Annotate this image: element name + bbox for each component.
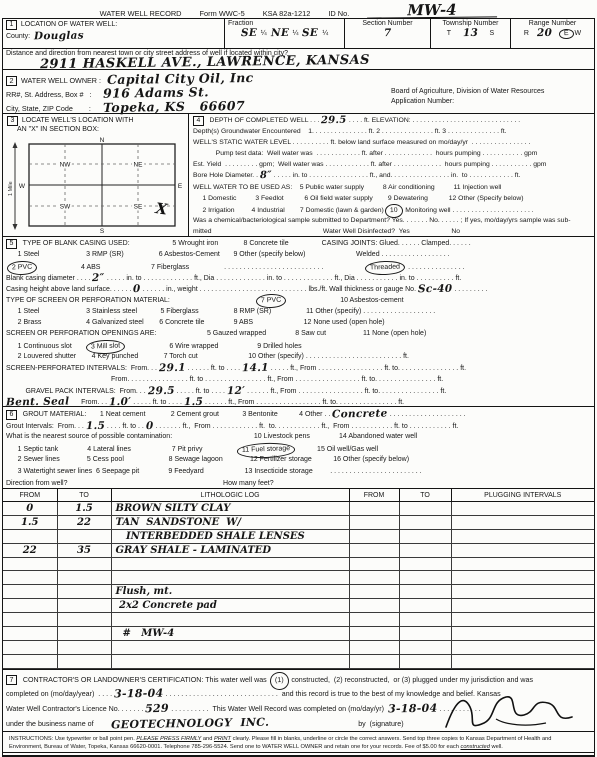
form-line: Environment, Bureau of Water, Topeka, Ka… [9,743,588,751]
table-row: 1.522TAN SANDSTONE W/ [3,515,594,529]
printed-text: . . . . . in. to . . . . . . . . . . . .… [105,275,461,282]
printed-text: . . . . ft. to . . [105,423,146,430]
form-line: Grout Intervals: From. . . 1.5 . . . . f… [6,420,594,432]
handwritten-entry: Sc-40 [418,284,453,295]
form-line: From. . . . . . . . . . . . . . . . ft. … [6,374,594,385]
form-line: 5 TYPE OF BLANK CASING USED: 5 Wrought i… [6,238,594,249]
printed-text: clearly. Please fill in blanks, underlin… [231,736,551,742]
handwritten-entry: 1.5 [86,420,105,431]
cell [451,599,594,613]
section-1-location: 1 LOCATION OF WATER WELL: County: Dougla… [3,19,594,49]
section-2-owner: 2 WATER WELL OWNER : Capital City Oil, I… [3,70,594,114]
section-number-box: 4 [193,116,204,126]
printed-text: . . . . . . in., weight . . . . . . . . … [141,286,418,293]
cell [57,599,111,613]
distance-row: Distance and direction from nearest town… [3,49,594,70]
cell [399,529,451,543]
printed-text: 1 Domestic 3 Feedlot 6 Oil field water s… [193,195,524,202]
sw-label: SW [60,204,71,211]
city-label: City, State, ZIP Code : [6,104,103,113]
cell: 2x2 Concrete pad [111,599,349,613]
cell [451,515,594,529]
handwritten-entry: GEOTECHNOLOGY INC. [111,717,269,731]
form-line: 1 Steel 3 Stainless steel 5 Fiberglass 8… [6,306,594,317]
printed-text: . . . . . . . . . [452,286,487,293]
cell: TAN SANDSTONE W/ [111,515,349,529]
printed-text: 15 Oil well/Gas well [296,446,378,453]
east-label: E [178,183,183,190]
handwritten-entry: 3-18-04 [114,688,164,700]
printed-text: From. . . [69,399,109,406]
handwritten-entry: 14.1 [242,363,269,374]
printed-text: What is the nearest source of possible c… [6,433,417,440]
form-line: What is the nearest source of possible c… [6,431,594,443]
cell [3,571,57,585]
printed-text: SCREEN OR PERFORATION OPENINGS ARE: 5 Ga… [6,330,426,337]
cell: INTERBEDDED SHALE LENSES [111,529,349,543]
se-label: SE [134,204,143,211]
one-mile-label: 1 Mile [8,181,14,196]
township-cell: Township Number T 13 S [431,19,511,48]
cell: GRAY SHALE - LAMINATED [111,543,349,557]
cell [111,640,349,654]
cell [57,529,111,543]
statute-ref: KSA 82a-1212 [263,9,311,18]
section-5-casing: 5 TYPE OF BLANK CASING USED: 5 Wrought i… [3,237,594,407]
cell [57,654,111,668]
cell [57,585,111,599]
cell [3,654,57,668]
cell [111,571,349,585]
printed-text: WATER WELL OWNER : [19,76,107,85]
handwritten-entry: 29.1 [159,363,186,374]
table-row: 2235GRAY SHALE - LAMINATED [3,543,594,557]
underlined-text: PRINT [214,736,231,742]
cell: Flush, mt. [111,585,349,599]
application-number-label: Application Number: [391,97,544,107]
printed-text: 4 ABS 7 Fiberglass . . . . . . . . . . .… [38,264,364,271]
cell [349,529,399,543]
cell [399,613,451,627]
cell [3,640,57,654]
cell [451,557,594,571]
form-line: Bent. Seal From. . . 1.0′ . . . . . ft. … [6,396,594,407]
printed-text: completed on (mo/day/year) . . . . [6,690,114,698]
cell [349,640,399,654]
form-line: WELL WATER TO BE USED AS: 5 Public water… [193,182,594,193]
printed-text: 3 Watertight sewer lines 6 Seepage pit 9… [6,468,422,475]
cell [111,654,349,668]
cell [111,557,349,571]
section-3-title-line1: 3 LOCATE WELL'S LOCATION WITH [7,116,186,125]
section-number-box: 7 [6,675,17,685]
printed-text: LOCATION OF WATER WELL: [19,21,117,28]
form-line: GRAVEL PACK INTERVALS: From. . . 29.5 . … [6,385,594,396]
form-line: 6 GROUT MATERIAL: 1 Neat cement 2 Cement… [6,408,594,420]
printed-text: ¼ [289,30,303,37]
form-line: 2 Sewer lines 5 Cess pool 8 Sewage lagoo… [6,454,594,466]
form-line: Blank casing diameter . . . . 2″ . . . .… [6,272,594,283]
cell [57,613,111,627]
printed-text: . . . . . . . . . . . . . . . . . . . . [388,411,466,418]
cell: 1.5 [3,515,57,529]
fraction-cell: Fraction SE ¼ NE ¼ SE ¼ [225,19,345,48]
range-value: R 20 EW [514,27,591,39]
county-cell: 1 LOCATION OF WATER WELL: County: Dougla… [3,19,225,48]
cell [3,627,57,641]
column-header: FROM [349,489,399,502]
ne-label: NE [133,162,143,169]
handwritten-entry: SE [241,28,257,39]
pen-circled-option: (1) [269,672,288,691]
section-number-box: 1 [6,20,17,30]
cell [399,557,451,571]
address-label: RR#, St. Address, Box # : [6,90,103,99]
printed-text: WELL WATER TO BE USED AS: 5 Public water… [193,184,501,191]
form-title-row: WATER WELL RECORD Form WWC-5 KSA 82a-121… [0,0,597,19]
table-row: 01.5BROWN SILTY CLAY [3,502,594,516]
well-id-handwritten: MW-4 [367,2,497,18]
printed-text: GRAVEL PACK INTERVALS: From. . . [6,388,148,395]
printed-text: TYPE OF SCREEN OR PERFORATION MATERIAL: [6,297,255,304]
cell: 0 [3,502,57,516]
printed-text: 2 Louvered shutter 4 Key punched 7 Torch… [6,353,409,360]
printed-text: S [478,30,494,37]
printed-text: Monitoring well . . . . . . . . . . . . … [403,207,533,214]
section-3-title-line2: AN "X" IN SECTION BOX: [7,125,186,134]
cell [3,557,57,571]
section-3-4-row: 3 LOCATE WELL'S LOCATION WITH AN "X" IN … [3,114,594,237]
table-row [3,557,594,571]
handwritten-entry: 29.5 [148,386,175,397]
cell [349,627,399,641]
form-line: INSTRUCTIONS: Use typewriter or ball poi… [9,735,588,743]
cell: BROWN SILTY CLAY [111,502,349,516]
printed-text: and [201,736,214,742]
section-number-box: 6 [6,410,17,420]
cell [349,515,399,529]
cell: 1.5 [57,502,111,516]
owner-row: 2 WATER WELL OWNER : Capital City Oil, I… [6,71,591,85]
printed-text: ¼ [319,30,329,37]
cell [451,640,594,654]
lithologic-log-table: FROMTOLITHOLOGIC LOGFROMTOPLUGGING INTER… [3,489,594,669]
printed-text: under the business name of [6,720,111,728]
cell [111,613,349,627]
printed-text: 2 Brass 4 Galvanized steel 6 Concrete ti… [6,319,385,326]
cell [57,627,111,641]
form-line: Bore Hole Diameter. . 8″ . . . . . in. t… [193,170,594,181]
printed-text: . . . . . ft. to . . . . [131,399,184,406]
south-label: S [100,228,105,234]
form-line: 2 PVC 4 ABS 7 Fiberglass . . . . . . . .… [6,261,594,272]
printed-text: CONTRACTOR'S OR LANDOWNER'S CERTIFICATIO… [19,676,269,684]
printed-text: 2 Irrigation 4 Industrial 7 Domestic (la… [193,207,384,214]
printed-text: R [524,30,537,37]
handwritten-entry: 3-18-04 [388,703,438,715]
handwritten-entry: 12′ [227,386,245,397]
underlined-text: PLEASE PRESS FIRMLY [136,736,201,742]
printed-text: Water Well Contractor's Licence No. . . … [6,705,145,713]
pen-circled-option: E [559,29,574,40]
handwritten-entry: Douglas [34,31,84,42]
cell [349,571,399,585]
printed-text: by (signature) [270,720,404,728]
printed-text: WELL'S STATIC WATER LEVEL . . . . . . . … [193,139,530,146]
township-value: T 13 S [434,27,507,38]
printed-text: . . . . . . . . . . This Water Well Reco… [169,705,388,713]
form-line: TYPE OF SCREEN OR PERFORATION MATERIAL: … [6,294,594,305]
printed-text: . . . . ft. ELEVATION: . . . . . . . . .… [347,117,520,124]
printed-text: . . . . . ft., From . . . . . . . . . . … [269,365,466,372]
cell [399,640,451,654]
range-cell: Range Number R 20 EW [511,19,594,48]
cell [349,613,399,627]
printed-text: Pump test data: Well water was . . . . .… [193,150,537,157]
form-line: SCREEN OR PERFORATION OPENINGS ARE: 5 Ga… [6,328,594,339]
cell [451,502,594,516]
cell [451,654,594,668]
form-line: 2 Irrigation 4 Industrial 7 Domestic (la… [193,204,594,215]
printed-text: SCREEN-PERFORATED INTERVALS: From. . . [6,365,159,372]
form-line: Direction from well? How many feet? [6,478,594,490]
form-body: 1 LOCATION OF WATER WELL: County: Dougla… [2,18,595,757]
column-header: LITHOLOGIC LOG [111,489,349,502]
section-number-label: Section Number [348,20,427,27]
printed-text: W [574,30,581,37]
cell [349,599,399,613]
cell [399,627,451,641]
printed-text: 1 Steel 3 RMP (SR) 6 Asbestos-Cement 9 O… [6,251,450,258]
city-value-handwritten: Topeka, KS 66607 [103,98,245,115]
cell [399,585,451,599]
printed-text: constructed, (2) reconstructed, or (3) p… [289,676,533,684]
cell [57,571,111,585]
printed-text: Bore Hole Diameter. . [193,172,260,179]
table-row: 2x2 Concrete pad [3,599,594,613]
printed-text: 10 Asbestos-cement [288,297,404,304]
section-number-box: 5 [6,239,17,249]
underlined-text: constructed [460,744,489,750]
printed-text: Was a chemical/bacteriological sample su… [193,217,571,224]
printed-text: 1 Steel 3 Stainless steel 5 Fiberglass 8… [6,308,435,315]
form-line: mitted Water Well Disinfected? Yes No [193,226,594,237]
lithologic-log-table-wrap: FROMTOLITHOLOGIC LOGFROMTOPLUGGING INTER… [3,489,594,670]
cell [349,557,399,571]
cell [57,557,111,571]
table-row: INTERBEDDED SHALE LENSES [3,529,594,543]
printed-text: T [447,30,463,37]
printed-text: 1 Septic tank 4 Lateral lines 7 Pit priv… [6,446,236,453]
cell [349,585,399,599]
printed-text: TYPE OF BLANK CASING USED: 5 Wrought iro… [19,240,471,247]
form-line: SCREEN-PERFORATED INTERVALS: From. . . 2… [6,362,594,373]
cell [399,502,451,516]
water-well-record-form: WATER WELL RECORD Form WWC-5 KSA 82a-121… [0,0,597,757]
handwritten-entry: NE [270,28,288,39]
printed-text: ¼ [257,30,271,37]
west-label: W [19,183,26,190]
printed-text: . . . . . . . ft., From . . . . . . . . … [153,423,458,430]
printed-text: Grout Intervals: From. . . [6,423,86,430]
printed-text: LOCATE WELL'S LOCATION WITH [20,117,133,124]
printed-text: 2 Sewer lines 5 Cess pool 8 Sewage lagoo… [6,456,409,463]
printed-text: mitted Water Well Disinfected? Yes No [193,228,460,235]
section-box-diagram: 1 Mile N S W E NW [7,134,185,234]
column-header: TO [57,489,111,502]
cell [57,640,111,654]
form-number: Form WWC-5 [200,9,245,18]
pen-circled-option: 10 [385,203,403,218]
table-row [3,613,594,627]
north-label: N [100,137,105,144]
section-6-grout: 6 GROUT MATERIAL: 1 Neat cement 2 Cement… [3,407,594,489]
cell [3,585,57,599]
section-number-value: 7 [348,27,427,38]
table-row: # MW-4 [3,627,594,641]
printed-text: Direction from well? How many feet? [6,480,274,487]
agency-name: Board of Agriculture, Division of Water … [391,87,544,97]
printed-text: GROUT MATERIAL: 1 Neat cement 2 Cement g… [19,411,332,418]
printed-text: Casing height above land surface. . . . … [6,286,133,293]
handwritten-entry: SE [302,28,318,39]
cell [399,543,451,557]
table-row: Flush, mt. [3,585,594,599]
form-line: Pump test data: Well water was . . . . .… [193,148,594,159]
column-header: TO [399,489,451,502]
form-line: 4 DEPTH OF COMPLETED WELL . . . 29.5 . .… [193,115,594,126]
printed-text: 1 Continuous slot [6,343,85,350]
printed-text: 6 Wire wrapped 9 Drilled holes [127,343,302,350]
printed-text: Environment, Bureau of Water, Topeka, Ka… [9,744,460,750]
instructions-footer: INSTRUCTIONS: Use typewriter or ball poi… [3,732,594,756]
printed-text: well. [490,744,503,750]
printed-text: DEPTH OF COMPLETED WELL . . . [206,117,322,124]
cell [451,571,594,585]
cell: 35 [57,543,111,557]
handwritten-entry: 13 [463,28,478,39]
handwritten-entry: Concrete [332,409,388,420]
cell [349,654,399,668]
township-label: Township Number [434,20,507,27]
section-number-cell: Section Number 7 [345,19,431,48]
cell [349,502,399,516]
fraction-value: SE ¼ NE ¼ SE ¼ [228,27,341,38]
form-line: 1 Domestic 3 Feedlot 6 Oil field water s… [193,193,594,204]
handwritten-entry: 529 [145,703,169,714]
printed-text: Blank casing diameter . . . . [6,275,92,282]
handwritten-entry: 0 [146,421,154,432]
column-header: PLUGGING INTERVALS [451,489,594,502]
form-line: Depth(s) Groundwater Encountered 1. . . … [193,126,594,137]
cell [3,599,57,613]
form-line: 1 Septic tank 4 Lateral lines 7 Pit priv… [6,443,594,455]
form-line: Casing height above land surface. . . . … [6,283,594,294]
printed-text: . . . . . . ft., From . . . . . . . . . … [203,399,404,406]
printed-text: Est. Yield . . . . . . . . . gpm; Well w… [193,161,546,168]
printed-text: From. . . . . . . . . . . . . . . . ft. … [6,376,443,383]
handwritten-entry: 20 [537,28,552,39]
form-line: Est. Yield . . . . . . . . . gpm; Well w… [193,159,594,170]
printed-text: . . . . . . ft. to . . . . [186,365,242,372]
agency-block: Board of Agriculture, Division of Water … [391,87,544,107]
printed-text: Depth(s) Groundwater Encountered 1. . . … [193,128,507,135]
cell [451,627,594,641]
form-line: 3 Watertight sewer lines 6 Seepage pit 9… [6,466,594,478]
printed-text: . . . . . ft. to . . . . [174,388,227,395]
form-line: 1 Continuous slot 3 Mill slot 6 Wire wra… [6,340,594,351]
printed-text: . . . . . . ft., From . . . . . . . . . … [245,388,446,395]
cell: # MW-4 [111,627,349,641]
form-line: 2 Brass 4 Galvanized steel 6 Concrete ti… [6,317,594,328]
printed-text: INSTRUCTIONS: Use typewriter or ball poi… [9,736,136,742]
printed-text: County: [6,33,34,40]
range-label: Range Number [514,20,591,27]
cell: 22 [57,515,111,529]
handwritten-entry: 0 [133,284,141,295]
cell [399,599,451,613]
section-4-depth: 4 DEPTH OF COMPLETED WELL . . . 29.5 . .… [189,114,594,236]
signature-scribble [436,689,586,733]
column-header: FROM [3,489,57,502]
printed-text: . . . . . in. to . . . . . . . . . . . .… [272,172,521,179]
section-7-certification: 7 CONTRACTOR'S OR LANDOWNER'S CERTIFICAT… [3,670,594,732]
form-line: 1 Steel 3 RMP (SR) 6 Asbestos-Cement 9 O… [6,249,594,260]
cell [3,529,57,543]
handwritten-entry: 29.5 [321,116,347,126]
section-3-locate: 3 LOCATE WELL'S LOCATION WITH AN "X" IN … [3,114,189,236]
cell [451,543,594,557]
cell [451,585,594,599]
cell: 22 [3,543,57,557]
table-row [3,571,594,585]
printed-text: . . . . . . . . . . . . . . . [406,264,464,271]
cell [451,529,594,543]
county-value: County: Douglas [6,30,221,41]
cell [399,654,451,668]
cell [451,613,594,627]
nw-label: NW [60,162,72,169]
printed-text [552,30,558,37]
form-line: WELL'S STATIC WATER LEVEL . . . . . . . … [193,137,594,148]
owner-label: 2 WATER WELL OWNER : [6,76,107,85]
well-location-x-mark: X [153,199,169,219]
cell [399,571,451,585]
handwritten-entry: 8″ [260,171,272,181]
table-row [3,640,594,654]
handwritten-entry: 7 [384,28,392,39]
table-row [3,654,594,668]
cell [349,543,399,557]
id-number-label: ID No. [328,9,349,18]
handwritten-entry: 2″ [92,273,105,284]
form-title: WATER WELL RECORD [100,9,182,18]
cell [399,515,451,529]
cell [3,613,57,627]
section-1-title: 1 LOCATION OF WATER WELL: [6,20,221,30]
form-line: 7 CONTRACTOR'S OR LANDOWNER'S CERTIFICAT… [6,672,594,687]
